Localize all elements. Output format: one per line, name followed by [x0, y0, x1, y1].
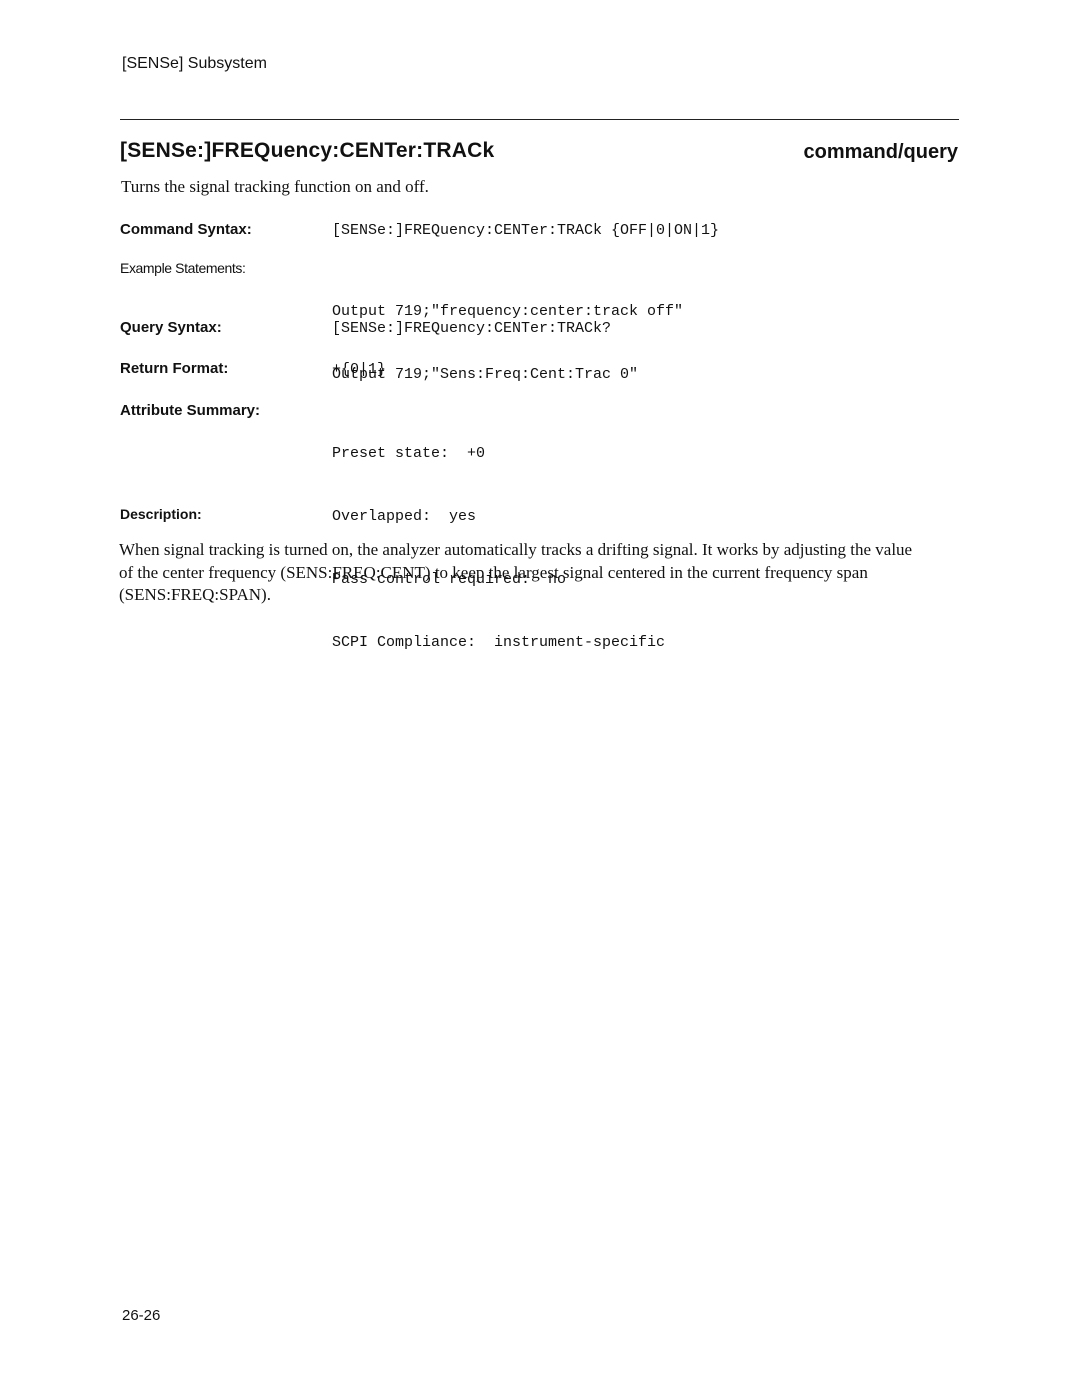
page-number: 26-26	[122, 1307, 160, 1324]
description-text: When signal tracking is turned on, the a…	[119, 539, 919, 607]
section-divider	[120, 119, 959, 120]
command-syntax-label: Command Syntax:	[120, 221, 252, 238]
command-title: [SENSe:]FREQuency:CENTer:TRACk	[120, 139, 494, 163]
command-intro: Turns the signal tracking function on an…	[121, 177, 429, 197]
attribute-line: SCPI Compliance: instrument-specific	[332, 632, 665, 653]
attribute-summary-label: Attribute Summary:	[120, 402, 260, 419]
return-format-label: Return Format:	[120, 360, 228, 377]
running-header: [SENSe] Subsystem	[122, 55, 267, 73]
attribute-line: Overlapped: yes	[332, 506, 665, 527]
query-syntax-value: [SENSe:]FREQuency:CENTer:TRACk?	[332, 318, 611, 339]
command-type: command/query	[804, 141, 958, 164]
return-format-value: +{0|1}	[332, 359, 386, 380]
attribute-summary-value: Preset state: +0 Overlapped: yes Pass co…	[332, 401, 665, 674]
example-statements-label: Example Statements:	[120, 260, 245, 276]
query-syntax-label: Query Syntax:	[120, 319, 222, 336]
description-label: Description:	[120, 506, 202, 522]
attribute-line: Preset state: +0	[332, 443, 665, 464]
command-syntax-value: [SENSe:]FREQuency:CENTer:TRACk {OFF|0|ON…	[332, 220, 719, 241]
